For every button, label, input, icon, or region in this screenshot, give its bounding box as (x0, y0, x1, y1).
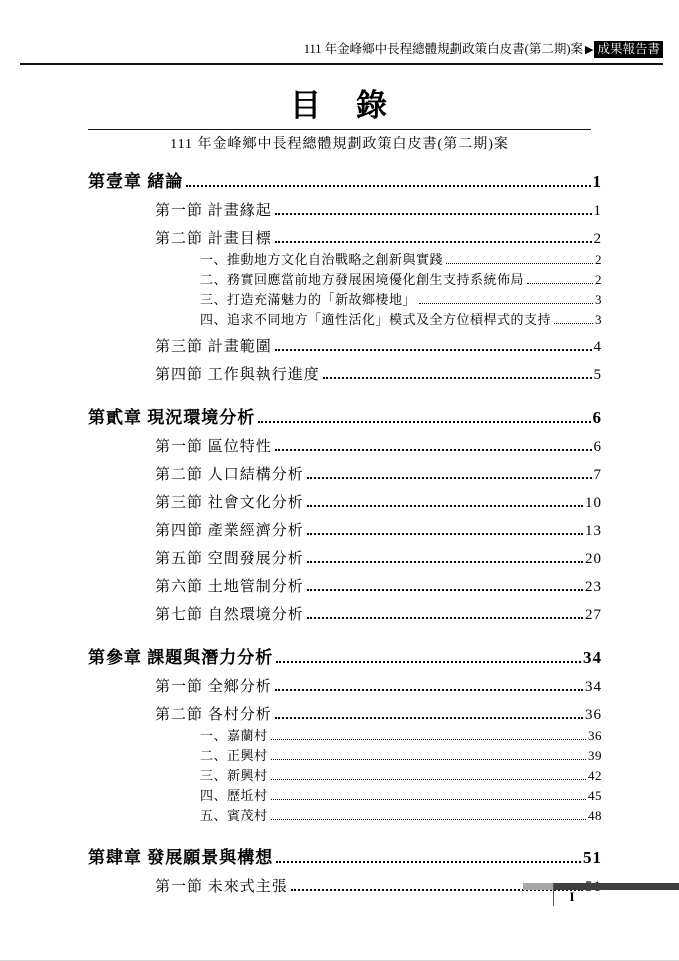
toc-dot-leader (554, 323, 593, 324)
toc-entry-label: 第四節 產業經濟分析 (155, 519, 304, 540)
toc-entry-label: 四、歷坵村 (200, 785, 268, 804)
toc-entry-label: 五、賓茂村 (200, 805, 268, 824)
toc-entry-label: 第六節 土地管制分析 (155, 575, 304, 596)
toc-entry-label: 第一節 未來式主張 (155, 875, 288, 896)
toc-entry-page: 51 (583, 848, 602, 868)
running-header: 111 年金峰鄉中長程總體規劃政策白皮書(第二期)案▶成果報告書 (20, 40, 663, 65)
toc-entry-page: 1 (593, 172, 603, 192)
toc-entry-label: 第一節 計畫緣起 (155, 199, 272, 220)
toc-entry-page: 10 (585, 495, 602, 512)
toc-dot-leader (275, 449, 592, 451)
toc-dot-leader (275, 349, 592, 351)
toc-dot-leader (307, 505, 583, 507)
toc-entry-label: 第七節 自然環境分析 (155, 603, 304, 624)
toc-entry: 一、推動地方文化自治戰略之創新與實踐 2 (88, 248, 602, 268)
toc-entry-label: 第壹章 緒論 (88, 167, 183, 192)
toc-entry-page: 23 (585, 579, 602, 596)
toc-entry-page: 13 (585, 523, 602, 540)
toc-entry-page: 7 (594, 467, 603, 484)
toc-entry-label: 四、追求不同地方「適性活化」模式及全方位槓桿式的支持 (200, 309, 551, 328)
toc-entry: 第二節 人口結構分析 7 (88, 456, 602, 484)
toc-entry-label: 二、正興村 (200, 745, 268, 764)
toc-entry-label: 第一節 全鄉分析 (155, 675, 272, 696)
toc-entry-page: 27 (585, 607, 602, 624)
toc-entry: 第四節 產業經濟分析 13 (88, 512, 602, 540)
toc-dot-leader (271, 739, 586, 740)
page-subtitle: 111 年金峰鄉中長程總體規劃政策白皮書(第二期)案 (0, 133, 679, 153)
toc-entry-label: 三、新興村 (200, 765, 268, 784)
toc-dot-leader (307, 533, 583, 535)
toc-dot-leader (419, 303, 593, 304)
toc-entry-label: 第參章 課題與潛力分析 (88, 643, 273, 668)
toc-entry: 二、正興村 39 (88, 744, 602, 764)
toc-entry: 第壹章 緒論 1 (88, 162, 602, 192)
toc-dot-leader (275, 241, 592, 243)
toc-dot-leader (271, 799, 586, 800)
toc-dot-leader (271, 759, 586, 760)
toc-entry-label: 第三節 社會文化分析 (155, 491, 304, 512)
toc-dot-leader (527, 283, 593, 284)
toc-entry: 第二節 各村分析 36 (88, 696, 602, 724)
toc-entry: 第四節 工作與執行進度 5 (88, 356, 602, 384)
document-page: 111 年金峰鄉中長程總體規劃政策白皮書(第二期)案▶成果報告書 目 錄 111… (0, 0, 679, 961)
toc-entry-page: 6 (594, 439, 603, 456)
toc-dot-leader (271, 819, 586, 820)
toc-entry: 第一節 區位特性 6 (88, 428, 602, 456)
toc-entry-page: 2 (594, 231, 603, 248)
toc-entry: 第參章 課題與潛力分析 34 (88, 638, 602, 668)
toc-dot-leader (446, 263, 593, 264)
toc-entry-page: 34 (583, 648, 602, 668)
arrow-right-icon: ▶ (585, 44, 593, 56)
toc-entry: 第肆章 發展願景與構想 51 (88, 838, 602, 868)
toc-entry-label: 一、嘉蘭村 (200, 725, 268, 744)
toc-dot-leader (276, 861, 581, 863)
toc-entry-label: 第三節 計畫範圍 (155, 335, 272, 356)
toc-dot-leader (276, 661, 581, 663)
toc-entry: 第貳章 現況環境分析 6 (88, 398, 602, 428)
toc-dot-leader (307, 561, 583, 563)
toc-entry: 第三節 計畫範圍 4 (88, 328, 602, 356)
toc-entry-page: 42 (588, 768, 602, 784)
toc-dot-leader (323, 377, 592, 379)
page-number: I (560, 889, 584, 905)
toc-entry-page: 5 (594, 367, 603, 384)
toc-entry-page: 6 (593, 408, 603, 428)
toc-entry-page: 2 (595, 252, 602, 268)
toc-entry-page: 3 (595, 292, 602, 308)
toc-dot-leader (271, 779, 586, 780)
toc-entry-label: 第五節 空間發展分析 (155, 547, 304, 568)
toc-entry-page: 34 (585, 679, 602, 696)
toc-entry: 四、歷坵村 45 (88, 784, 602, 804)
toc-entry: 四、追求不同地方「適性活化」模式及全方位槓桿式的支持 3 (88, 308, 602, 328)
toc-entry-page: 36 (588, 728, 602, 744)
toc-entry-label: 第一節 區位特性 (155, 435, 272, 456)
footer-divider-line (553, 883, 554, 906)
toc-dot-leader (275, 689, 583, 691)
toc-dot-leader (307, 477, 592, 479)
toc-entry: 第五節 空間發展分析 20 (88, 540, 602, 568)
toc-entry: 五、賓茂村 48 (88, 804, 602, 824)
toc-entry: 二、務實回應當前地方發展困境優化創生支持系統佈局 2 (88, 268, 602, 288)
title-divider (88, 129, 591, 130)
toc-entry-page: 1 (594, 203, 603, 220)
toc-dot-leader (307, 617, 583, 619)
footer-bar-gray (523, 883, 553, 890)
toc-entry: 第一節 未來式主張 51 (88, 868, 602, 896)
toc-entry-page: 45 (588, 788, 602, 804)
toc-entry-page: 3 (595, 312, 602, 328)
toc-entry-page: 2 (595, 272, 602, 288)
running-header-text: 111 年金峰鄉中長程總體規劃政策白皮書(第二期)案 (304, 42, 583, 56)
toc-entry-label: 第二節 各村分析 (155, 703, 272, 724)
report-type-badge: 成果報告書 (594, 41, 663, 58)
toc-entry-label: 一、推動地方文化自治戰略之創新與實踐 (200, 249, 443, 268)
toc-dot-leader (307, 589, 583, 591)
toc-entry: 第一節 計畫緣起 1 (88, 192, 602, 220)
toc-entry-label: 二、務實回應當前地方發展困境優化創生支持系統佈局 (200, 269, 524, 288)
toc-dot-leader (275, 213, 592, 215)
toc-entry-label: 三、打造充滿魅力的「新故鄉棲地」 (200, 289, 416, 308)
toc-entry: 第七節 自然環境分析 27 (88, 596, 602, 624)
toc-entry: 第一節 全鄉分析 34 (88, 668, 602, 696)
toc-entry-label: 第肆章 發展願景與構想 (88, 843, 273, 868)
toc-entry-label: 第貳章 現況環境分析 (88, 403, 255, 428)
toc-entry: 三、打造充滿魅力的「新故鄉棲地」 3 (88, 288, 602, 308)
toc-entry-page: 48 (588, 808, 602, 824)
toc-entry-page: 4 (594, 339, 603, 356)
page-title: 目 錄 (0, 80, 679, 125)
toc-entry: 第二節 計畫目標 2 (88, 220, 602, 248)
toc-entry: 第三節 社會文化分析 10 (88, 484, 602, 512)
toc-entry-label: 第四節 工作與執行進度 (155, 363, 320, 384)
toc-entry: 一、嘉蘭村 36 (88, 724, 602, 744)
toc-entry: 三、新興村 42 (88, 764, 602, 784)
toc-entry-page: 20 (585, 551, 602, 568)
toc-dot-leader (186, 185, 590, 187)
toc-entry: 第六節 土地管制分析 23 (88, 568, 602, 596)
toc-dot-leader (275, 717, 583, 719)
toc-entry-page: 39 (588, 748, 602, 764)
toc-entry-page: 36 (585, 707, 602, 724)
toc-list: 第壹章 緒論 1 第一節 計畫緣起 1 第二節 計畫目標 2 一、推動地方文化自… (88, 162, 602, 896)
toc-entry-label: 第二節 計畫目標 (155, 227, 272, 248)
toc-entry-label: 第二節 人口結構分析 (155, 463, 304, 484)
toc-dot-leader (258, 421, 590, 423)
